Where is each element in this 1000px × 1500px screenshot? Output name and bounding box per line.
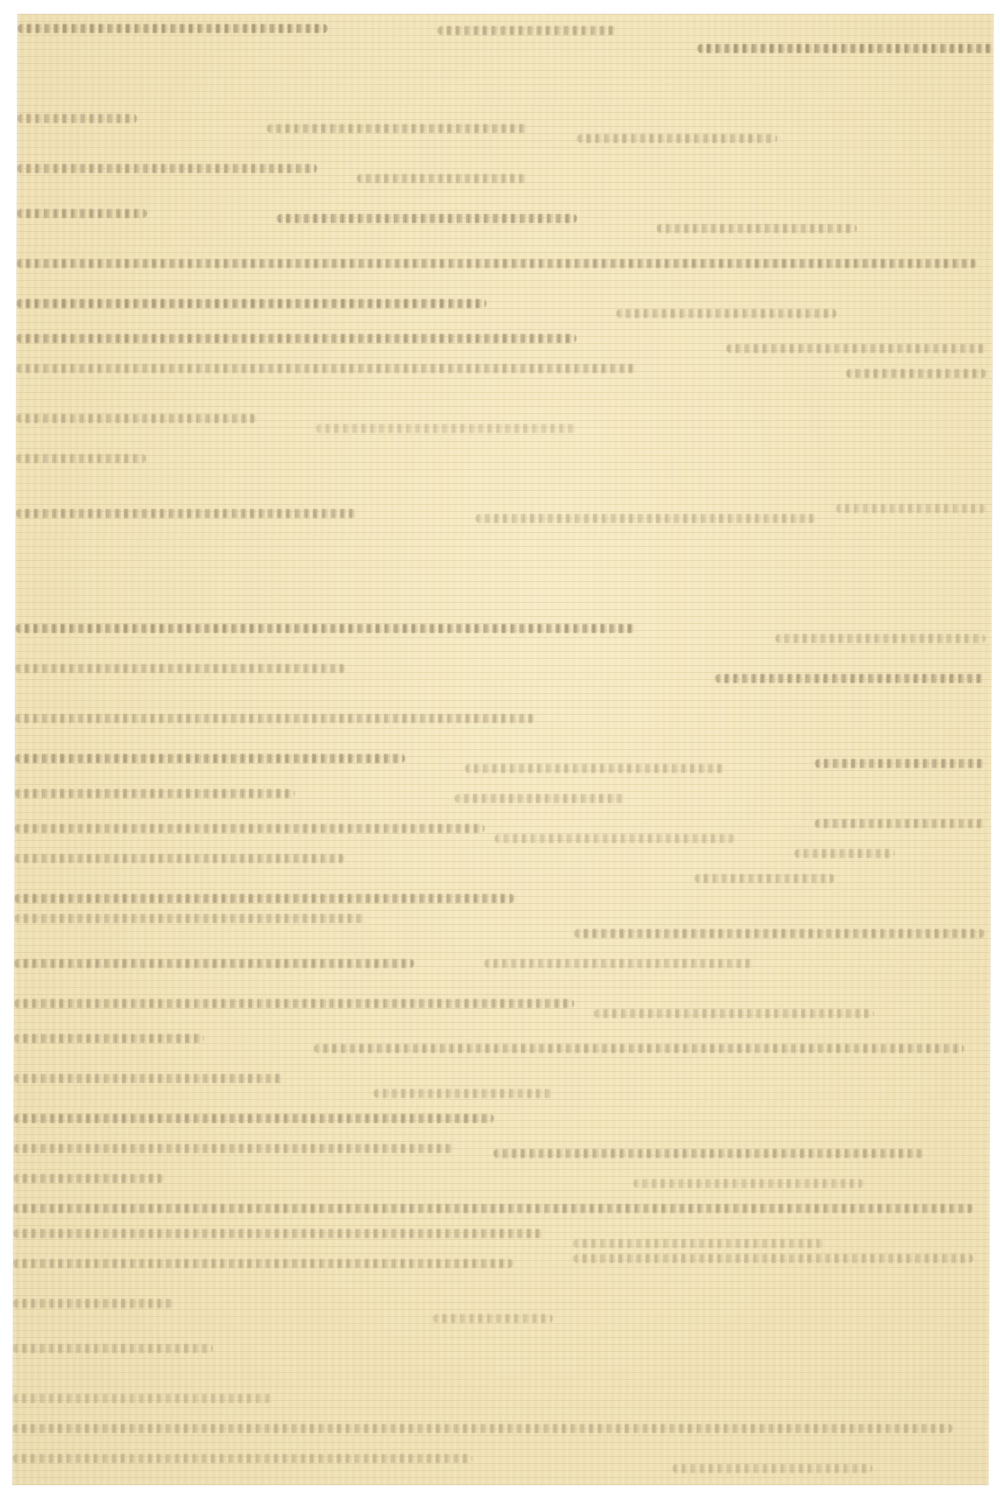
rug: [12, 14, 993, 1485]
rug-weave-texture: [12, 14, 993, 1485]
